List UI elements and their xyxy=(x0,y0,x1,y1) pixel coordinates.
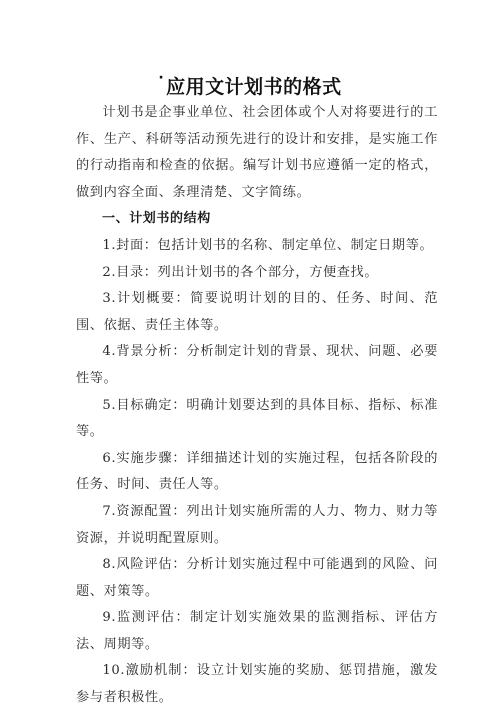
title-dot: · xyxy=(158,70,164,86)
list-item-resources: 7.资源配置：列出计划实施所需的人力、物力、财力等资源，并说明配置原则。 xyxy=(76,499,438,552)
list-item-background: 4.背景分析：分析制定计划的背景、现状、问题、必要性等。 xyxy=(76,339,438,392)
list-item-steps: 6.实施步骤：详细描述计划的实施过程，包括各阶段的任务、时间、责任人等。 xyxy=(76,446,438,499)
list-item-summary: 3.计划概要：简要说明计划的目的、任务、时间、范围、依据、责任主体等。 xyxy=(76,286,438,339)
document-body: 计划书是企事业单位、社会团体或个人对将要进行的工作、生产、科研等活动预先进行的设… xyxy=(76,100,438,707)
list-item-cover: 1.封面：包括计划书的名称、制定单位、制定日期等。 xyxy=(76,233,438,260)
list-item-toc: 2.目录：列出计划书的各个部分，方便查找。 xyxy=(76,260,438,287)
list-item-monitoring: 9.监测评估：制定计划实施效果的监测指标、评估方法、周期等。 xyxy=(76,605,438,658)
section-heading-structure: 一、计划书的结构 xyxy=(76,206,438,233)
document-title: ·应用文计划书的格式 xyxy=(0,72,500,99)
intro-paragraph: 计划书是企事业单位、社会团体或个人对将要进行的工作、生产、科研等活动预先进行的设… xyxy=(76,100,438,206)
title-text: 应用文计划书的格式 xyxy=(166,76,342,98)
list-item-incentives: 10.激励机制：设立计划实施的奖励、惩罚措施，激发参与者积极性。 xyxy=(76,658,438,707)
list-item-risk: 8.风险评估：分析计划实施过程中可能遇到的风险、问题、对策等。 xyxy=(76,552,438,605)
list-item-goals: 5.目标确定：明确计划要达到的具体目标、指标、标准等。 xyxy=(76,393,438,446)
document-page: ·应用文计划书的格式 计划书是企事业单位、社会团体或个人对将要进行的工作、生产、… xyxy=(0,0,500,707)
